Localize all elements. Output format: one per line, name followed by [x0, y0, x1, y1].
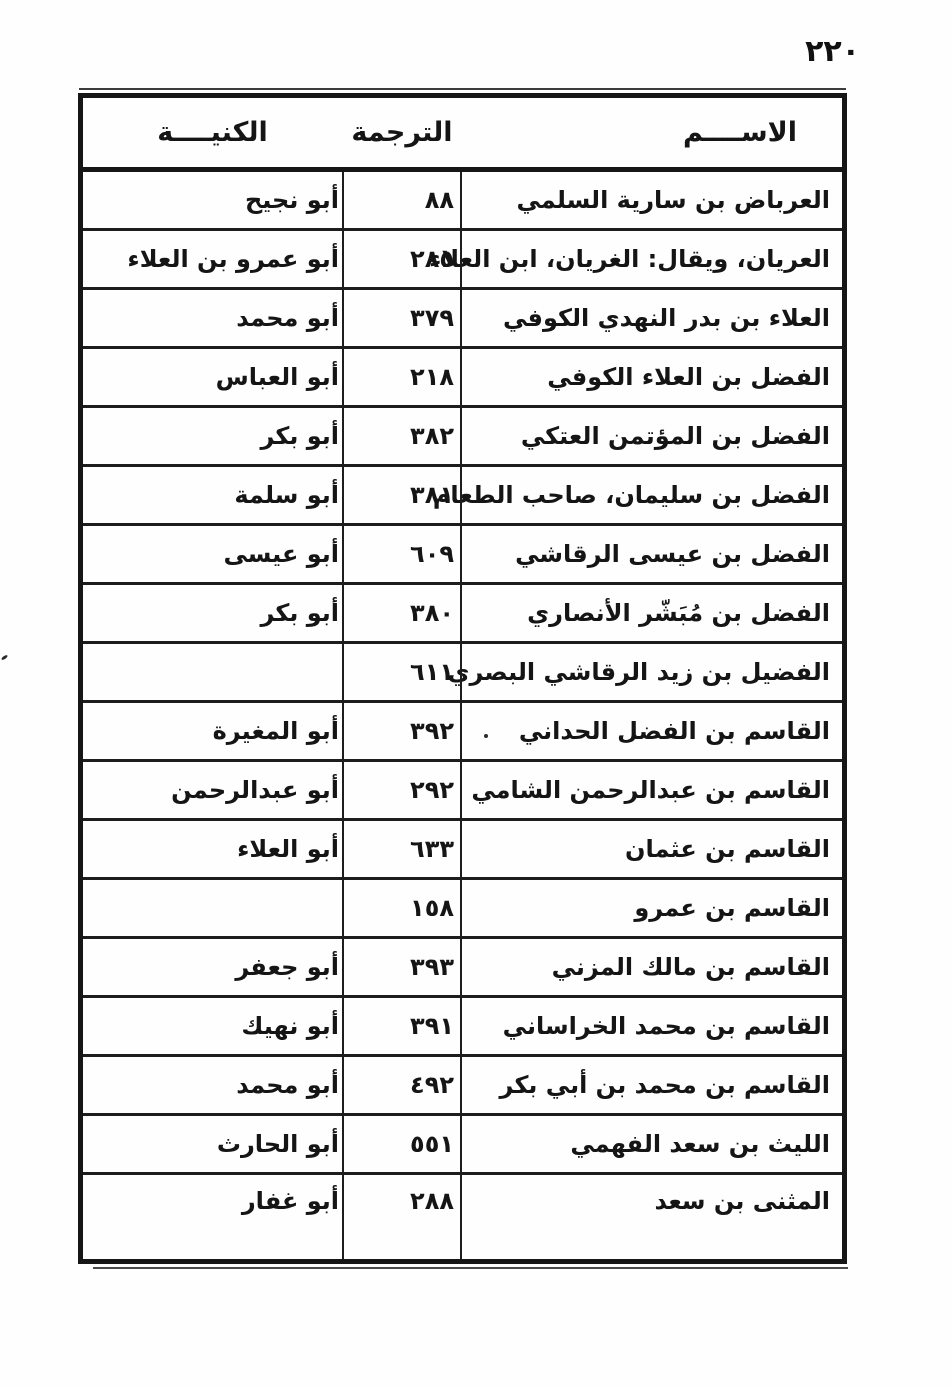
table-row: القاسم بن مالك المزني ٣٩٣ أبو جعفر — [83, 939, 842, 998]
biography-number-cell: ٢٨٨ — [342, 1175, 462, 1259]
biography-number-cell: ٣٨٢ — [342, 408, 462, 464]
kunya-cell: أبو عمرو بن العلاء — [83, 231, 342, 287]
name-cell: القاسم بن عمرو — [462, 880, 842, 936]
table-row: الفضل بن العلاء الكوفي ٢١٨ أبو العباس — [83, 349, 842, 408]
header-name-column: الاســــم — [462, 117, 842, 148]
name-cell: العلاء بن بدر النهدي الكوفي — [462, 290, 842, 346]
kunya-cell: أبو نهيك — [83, 998, 342, 1054]
header-biography-number-column: الترجمة — [342, 117, 462, 148]
name-cell: العرباض بن سارية السلمي — [462, 172, 842, 228]
biography-number-cell: ٣٨٠ — [342, 585, 462, 641]
kunya-cell: أبو سلمة — [83, 467, 342, 523]
table-row: المثنى بن سعد ٢٨٨ أبو غفار — [83, 1175, 842, 1259]
table-row: القاسم بن الفضل الحداني ٣٩٢ أبو المغيرة — [83, 703, 842, 762]
table-header-row: الاســــم الترجمة الكنيــــة — [83, 98, 842, 172]
table-row: القاسم بن محمد بن أبي بكر ٤٩٢ أبو محمد — [83, 1057, 842, 1116]
table-row: الفضل بن المؤتمن العتكي ٣٨٢ أبو بكر — [83, 408, 842, 467]
kunya-cell — [83, 644, 342, 700]
biography-number-cell: ٦٣٣ — [342, 821, 462, 877]
name-cell: الليث بن سعد الفهمي — [462, 1116, 842, 1172]
kunya-cell — [83, 880, 342, 936]
table-row: العرباض بن سارية السلمي ٨٨ أبو نجيح — [83, 172, 842, 231]
biography-number-cell: ٨٨ — [342, 172, 462, 228]
biography-number-cell: ٣٩٢ — [342, 703, 462, 759]
name-cell: الفضل بن المؤتمن العتكي — [462, 408, 842, 464]
kunya-cell: أبو بكر — [83, 408, 342, 464]
biography-number-cell: ٦١١ — [342, 644, 462, 700]
name-cell: الفضل بن سليمان، صاحب الطعام — [462, 467, 842, 523]
table-row: الفضل بن مُبَشّر الأنصاري ٣٨٠ أبو بكر — [83, 585, 842, 644]
book-page: ٢٢٠ الاســــم الترجمة الكنيــــة العرباض… — [0, 0, 952, 1386]
table-row: القاسم بن عبدالرحمن الشامي ٢٩٢ أبو عبدال… — [83, 762, 842, 821]
biography-number-cell: ٣٧٩ — [342, 290, 462, 346]
name-cell: الفضل بن مُبَشّر الأنصاري — [462, 585, 842, 641]
kunya-cell: أبو محمد — [83, 1057, 342, 1113]
table-row: الليث بن سعد الفهمي ٥٥١ أبو الحارث — [83, 1116, 842, 1175]
kunya-cell: أبو بكر — [83, 585, 342, 641]
table-row: العلاء بن بدر النهدي الكوفي ٣٧٩ أبو محمد — [83, 290, 842, 349]
biography-number-cell: ٥٥١ — [342, 1116, 462, 1172]
kunya-cell: أبو العلاء — [83, 821, 342, 877]
table-row: الفضيل بن زيد الرقاشي البصري ٦١١ — [83, 644, 842, 703]
table-row: القاسم بن عمرو ١٥٨ — [83, 880, 842, 939]
table-row: الفضل بن سليمان، صاحب الطعام ٣٨١ أبو سلم… — [83, 467, 842, 526]
name-cell: القاسم بن عبدالرحمن الشامي — [462, 762, 842, 818]
biography-number-cell: ٢٩٢ — [342, 762, 462, 818]
biography-number-cell: ٣٩٣ — [342, 939, 462, 995]
biography-number-cell: ٢١٨ — [342, 349, 462, 405]
table-row: القاسم بن عثمان ٦٣٣ أبو العلاء — [83, 821, 842, 880]
kunya-cell: أبو غفار — [83, 1175, 342, 1259]
kunya-cell: أبو عيسى — [83, 526, 342, 582]
name-cell: الفضل بن عيسى الرقاشي — [462, 526, 842, 582]
kunya-cell: أبو الحارث — [83, 1116, 342, 1172]
name-cell: الفضيل بن زيد الرقاشي البصري — [462, 644, 842, 700]
biography-number-cell: ٣٩١ — [342, 998, 462, 1054]
table-row: الفضل بن عيسى الرقاشي ٦٠٩ أبو عيسى — [83, 526, 842, 585]
biography-number-cell: ١٥٨ — [342, 880, 462, 936]
biography-number-cell: ٣٨١ — [342, 467, 462, 523]
kunya-cell: أبو عبدالرحمن — [83, 762, 342, 818]
name-cell: القاسم بن مالك المزني — [462, 939, 842, 995]
name-cell: القاسم بن محمد الخراساني — [462, 998, 842, 1054]
names-index-table: الاســــم الترجمة الكنيــــة العرباض بن … — [78, 93, 847, 1264]
name-cell: الفضل بن العلاء الكوفي — [462, 349, 842, 405]
table-row: العريان، ويقال: الغريان، ابن العلاء ٢٨٥ … — [83, 231, 842, 290]
header-kunya-column: الكنيــــة — [83, 117, 342, 148]
kunya-cell: أبو نجيح — [83, 172, 342, 228]
name-cell: القاسم بن الفضل الحداني — [462, 703, 842, 759]
kunya-cell: أبو محمد — [83, 290, 342, 346]
name-cell: العريان، ويقال: الغريان، ابن العلاء — [462, 231, 842, 287]
page-number: ٢٢٠ — [805, 34, 860, 69]
name-cell: القاسم بن عثمان — [462, 821, 842, 877]
biography-number-cell: ٦٠٩ — [342, 526, 462, 582]
biography-number-cell: ٢٨٥ — [342, 231, 462, 287]
kunya-cell: أبو العباس — [83, 349, 342, 405]
biography-number-cell: ٤٩٢ — [342, 1057, 462, 1113]
kunya-cell: أبو المغيرة — [83, 703, 342, 759]
name-cell: القاسم بن محمد بن أبي بكر — [462, 1057, 842, 1113]
kunya-cell: أبو جعفر — [83, 939, 342, 995]
table-body: العرباض بن سارية السلمي ٨٨ أبو نجيح العر… — [83, 172, 842, 1259]
name-cell: المثنى بن سعد — [462, 1175, 842, 1259]
ink-speck — [1, 654, 8, 660]
table-row: القاسم بن محمد الخراساني ٣٩١ أبو نهيك — [83, 998, 842, 1057]
ink-speck — [484, 734, 488, 738]
